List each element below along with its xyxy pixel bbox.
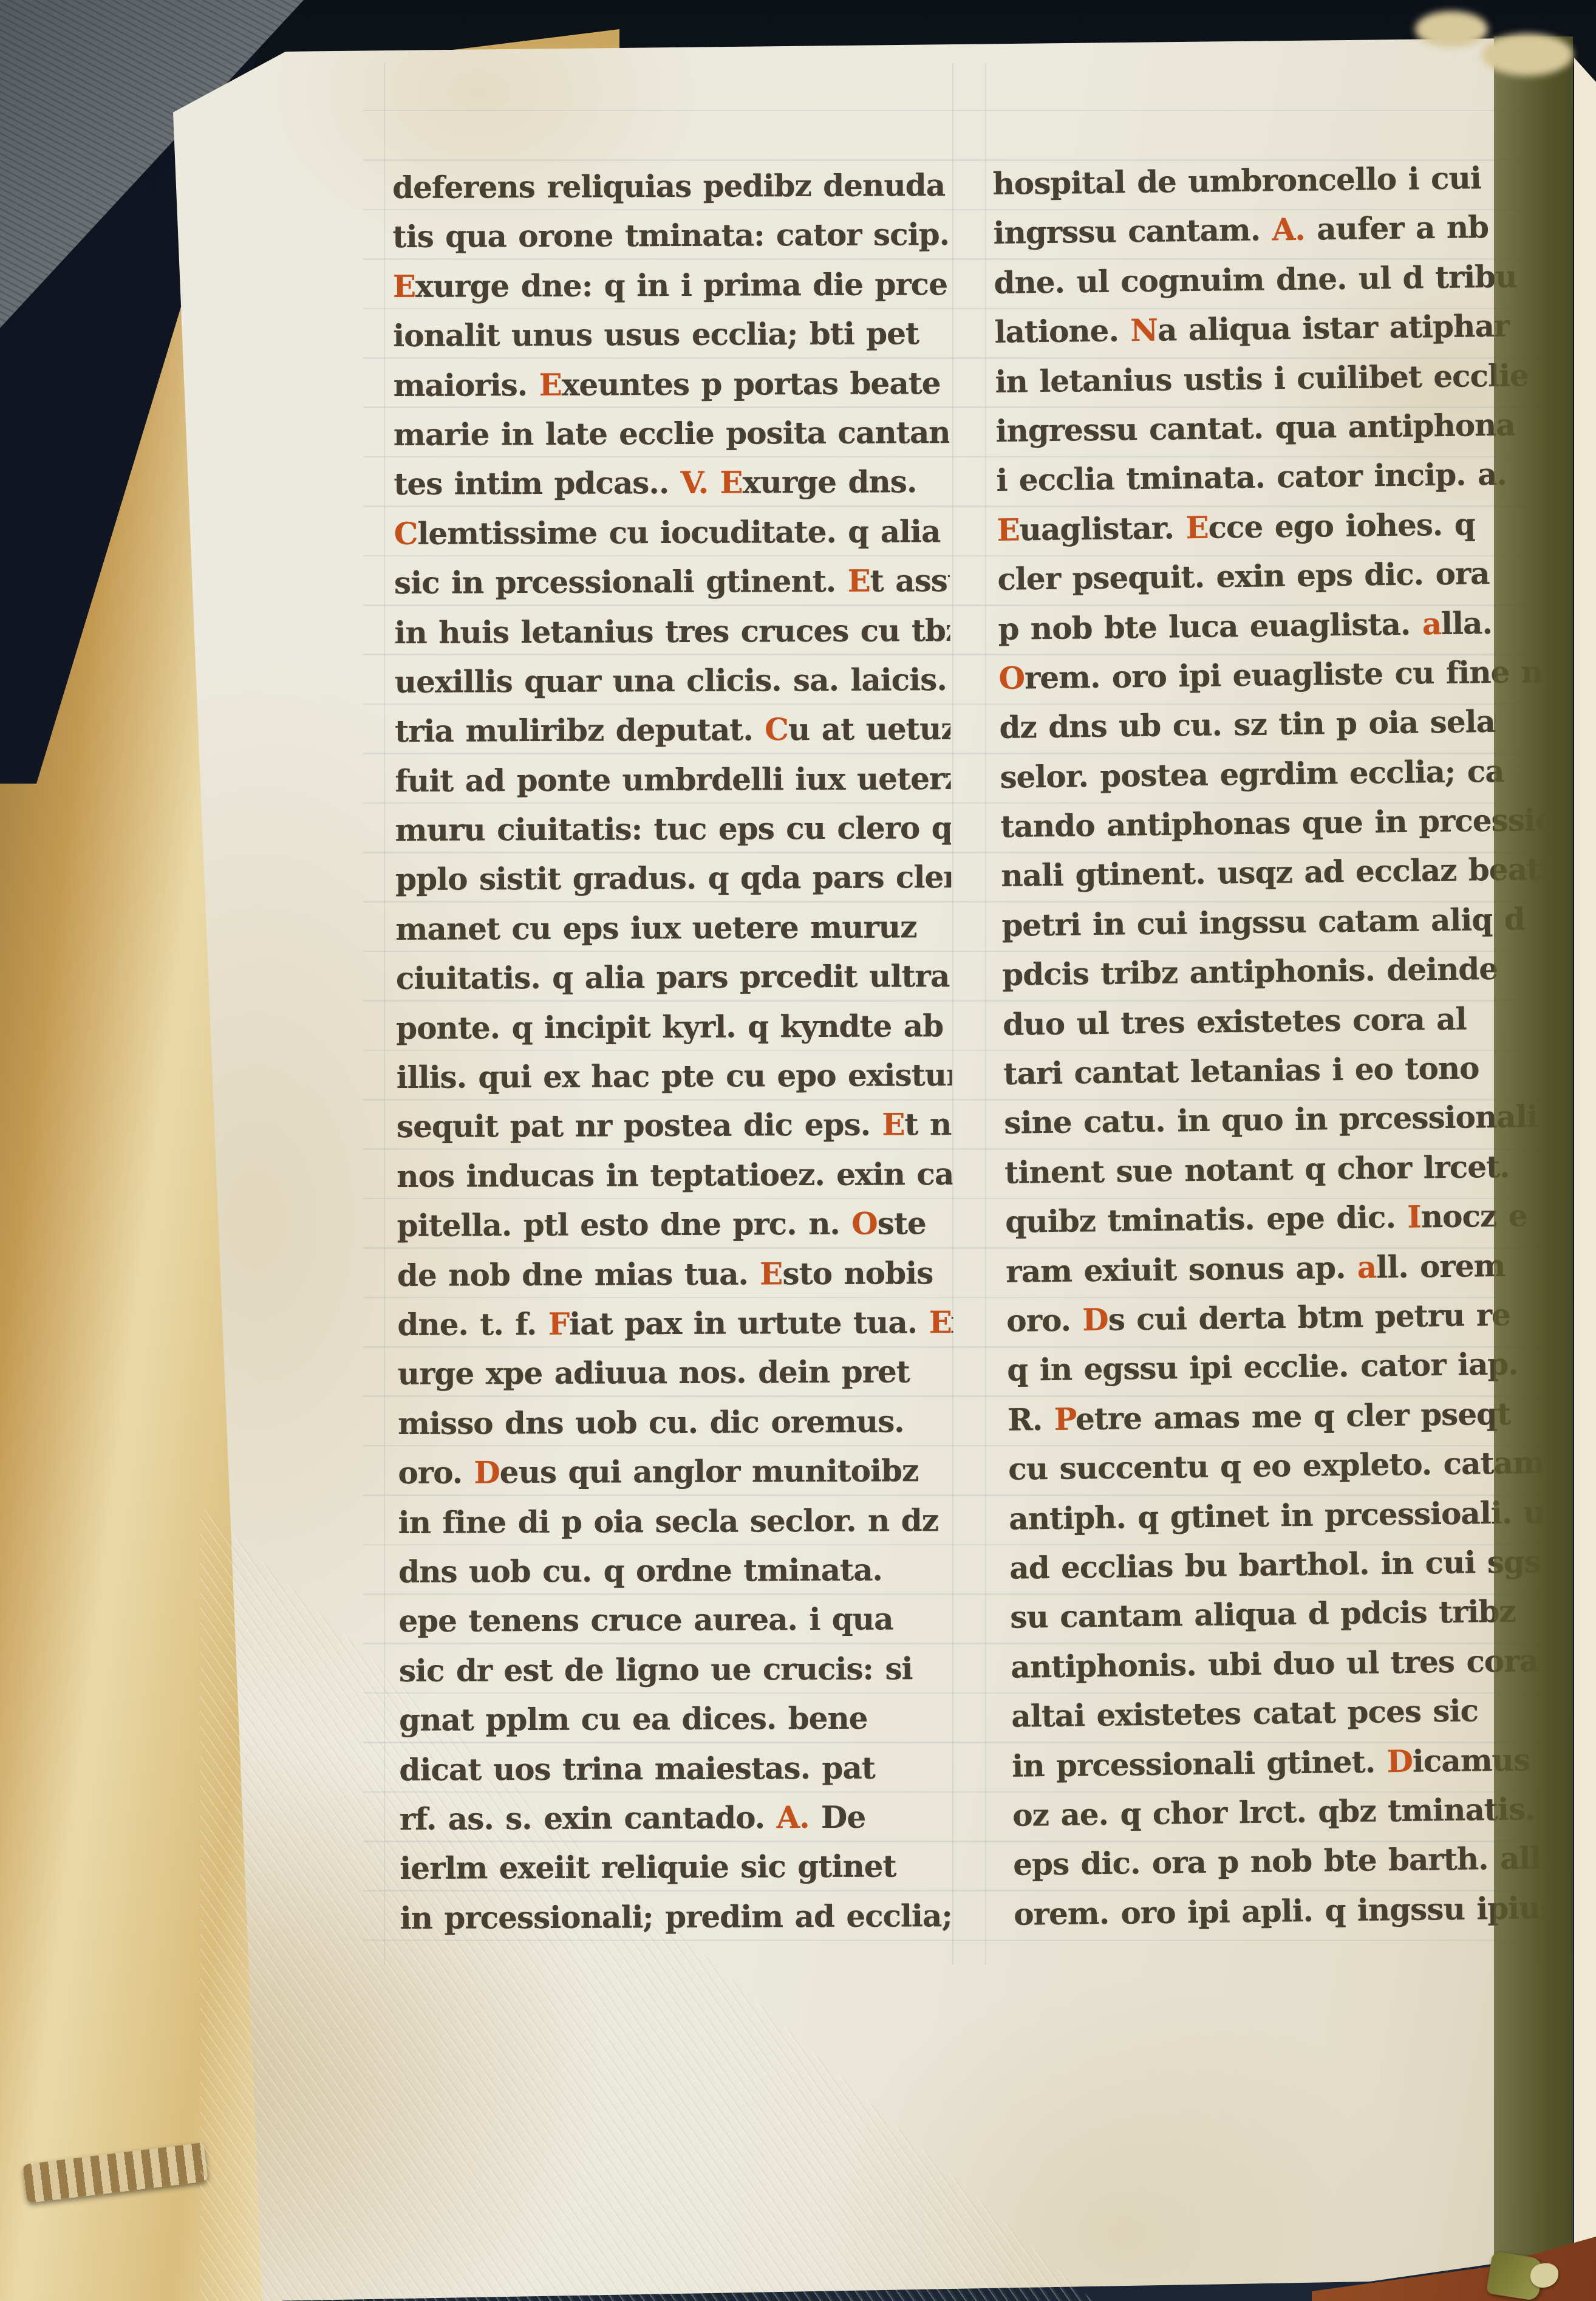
ink-text: de nob dne mias tua. (397, 1256, 760, 1293)
ink-text: antiph. q gtinet in prcessioali. usz (1009, 1494, 1556, 1536)
ink-text: ingrssu cantam. (993, 212, 1272, 251)
ink-text: sto nobis (782, 1255, 933, 1291)
frayed-parchment-fibers (1415, 11, 1488, 47)
ink-text: tinent sue notant q chor lrcet. (1004, 1149, 1510, 1191)
ink-text: pplo sistit gradus. q qda pars cleri re (395, 859, 951, 897)
ink-text: sic in prcessionali gtinent. (394, 563, 848, 601)
ink-text: q in egssu ipi ecclie. cator iap. (1007, 1346, 1518, 1388)
text-line: ierlm exeiit reliquie sic gtinet (400, 1841, 955, 1893)
rubric-initial: V. (681, 465, 720, 501)
rubric-initial: F (548, 1306, 570, 1342)
ink-text: epe tenens cruce aurea. i qua (398, 1601, 893, 1639)
text-line: maioris. Exeuntes p portas beate (393, 358, 949, 410)
text-line: ad ecclias bu barthol. in cui sgs (1009, 1537, 1557, 1593)
text-line: muru ciuitatis: tuc eps cu clero q (395, 803, 951, 855)
ink-text: ierlm exeiit reliquie sic gtinet (400, 1848, 896, 1887)
text-line: tes intim pdcas.. V. Exurge dns. (394, 457, 949, 508)
ink-text: petri in cui ingssu catam aliq d (1001, 901, 1525, 943)
ink-text: tria muliribz deputat. (395, 712, 765, 750)
text-line: sic dr est de ligno ue crucis: si (399, 1644, 955, 1695)
text-line: hospital de umbroncello i cui (992, 152, 1540, 208)
ink-text: gnat pplm cu ea dices. bene (399, 1700, 868, 1738)
rubric-initial: a (1422, 606, 1441, 641)
text-line: urge xpe adiuua nos. dein pret (398, 1347, 953, 1398)
text-line: sequit pat nr postea dic eps. Et ne (397, 1099, 952, 1151)
ink-text: rem. oro ipi euagliste cu fine n (1025, 654, 1543, 696)
ink-text: sine catu. in quo in prcessionali co (1004, 1098, 1551, 1141)
rubric-initial: E (847, 563, 870, 599)
ink-text: duo ul tres existetes cora al (1003, 1000, 1467, 1042)
text-line: p nob bte luca euaglista. alla. (998, 597, 1545, 653)
ink-text: in letanius ustis i cuilibet ecclie (995, 357, 1529, 400)
text-line: q in egssu ipi ecclie. cator iap. (1007, 1339, 1554, 1395)
ink-text: cu succentu q eo expleto. catam (1008, 1445, 1544, 1487)
ink-text: i ecclia tminata. cator incip. a. (996, 456, 1507, 498)
text-line: ponte. q incipit kyrl. q kyndte ab (396, 1001, 952, 1053)
rubric-initial: N (1130, 312, 1158, 349)
rubric-initial: E (997, 511, 1020, 547)
ink-text: oro. (398, 1455, 474, 1491)
text-line: dz dns ub cu. sz tin p oia sela (999, 696, 1546, 752)
text-line: petri in cui ingssu catam aliq d (1001, 894, 1549, 950)
ink-text: cler psequit. exin eps dic. ora (997, 555, 1490, 597)
text-line: quibz tminatis. epe dic. Inocz e (1005, 1191, 1552, 1246)
text-line: pplo sistit gradus. q qda pars cleri re (395, 852, 951, 904)
ink-text: hospital de umbroncello i cui (992, 160, 1481, 202)
ink-text: maioris. (393, 367, 539, 403)
rubric-initial: C (394, 516, 418, 552)
ink-text: dne. t. f. (397, 1306, 548, 1342)
ink-text: ram exiuit sonus ap. (1006, 1249, 1357, 1289)
ink-text: manet cu eps iux uetere muruz (395, 909, 916, 947)
ink-text: dns uob cu. q ordne tminata. (398, 1551, 882, 1589)
ink-text: su cantam aliqua d pdcis tribz (1010, 1593, 1516, 1635)
rubric-initial: P (1054, 1401, 1076, 1437)
ink-text: x (952, 1304, 953, 1340)
text-line: tinent sue notant q chor lrcet. (1004, 1141, 1552, 1197)
ink-text: orem. oro ipi apli. q ingssu ipius (1014, 1890, 1557, 1932)
rubric-initial: E (760, 1256, 782, 1291)
ink-text: t assut (870, 562, 950, 599)
text-line: manet cu eps iux uetere muruz (395, 902, 951, 954)
ink-text: in prcessionali gtinet. (1012, 1743, 1387, 1784)
text-line: sic in prcessionali gtinent. Et assut (394, 556, 950, 607)
ink-text: a aliqua istar atiphar (1158, 308, 1510, 348)
ink-text: rf. as. s. exin cantado. (400, 1799, 777, 1837)
text-line: Exurge dne: q in i prima die prcessi (393, 259, 949, 311)
ink-text: deferens reliquias pedibz denuda (392, 167, 945, 205)
ink-text: u at uetuz (788, 711, 950, 747)
text-column-left: deferens reliquias pedibz denudatis qua … (392, 160, 956, 1943)
text-line: orem. oro ipi apli. q ingssu ipius (1014, 1882, 1561, 1938)
ink-text: illis. qui ex hac pte cu epo existunt. (396, 1057, 952, 1095)
text-line: dne. t. f. Fiat pax in urtute tua. Ex (397, 1298, 953, 1349)
ink-text: xurge dns. (743, 464, 917, 501)
ink-text: eus qui anglor munitoibz (500, 1452, 919, 1490)
frayed-parchment-fibers (1482, 33, 1573, 76)
ink-text: quibz tminatis. epe dic. (1005, 1199, 1408, 1240)
text-line: ciuitatis. q alia pars prcedit ultra (396, 951, 952, 1003)
rubric-initial: A. (776, 1799, 821, 1835)
text-line: Orem. oro ipi euagliste cu fine n (998, 647, 1546, 703)
ink-text: uaglistar. (1019, 510, 1186, 547)
text-line: in prcessionali gtinet. Dicamus (1012, 1734, 1559, 1790)
text-line: duo ul tres existetes cora al (1003, 993, 1550, 1049)
text-line: in fine di p oia secla seclor. n dz (398, 1496, 954, 1547)
ink-text: nos inducas in teptatioez. exin ca (397, 1156, 952, 1194)
rubric-initial: E (720, 465, 742, 501)
ink-text: uexillis quar una clicis. sa. laicis. (395, 662, 947, 700)
ink-text: fuit ad ponte umbrdelli iux ueterz (395, 761, 950, 799)
ink-text: De (821, 1799, 865, 1835)
text-line: de nob dne mias tua. Esto nobis (397, 1248, 953, 1300)
text-line: ingrssu cantam. A. aufer a nb (993, 202, 1540, 258)
text-line: selor. postea egrdim ecclia; ca (1000, 746, 1547, 802)
ink-text: urge xpe adiuua nos. dein pret (398, 1354, 910, 1392)
ink-text: dicat uos trina maiestas. pat (399, 1749, 875, 1787)
text-line: nos inducas in teptatioez. exin ca (397, 1149, 952, 1201)
ink-text: latione. (994, 312, 1131, 350)
ink-text: cce ego iohes. q (1208, 506, 1475, 545)
text-line: tria muliribz deputat. Cu at uetuz (395, 704, 950, 756)
text-line: deferens reliquias pedibz denuda (392, 160, 948, 212)
ink-text: in huis letanius tres cruces cu tbz (394, 612, 950, 650)
ink-text: sequit pat nr postea dic eps. (397, 1107, 882, 1144)
ink-text: xeuntes p portas beate (562, 365, 941, 403)
text-line: nali gtinent. usqz ad ecclaz beati (1001, 844, 1548, 900)
text-line: i ecclia tminata. cator incip. a. (996, 449, 1543, 505)
ink-text: aufer a nb (1317, 209, 1489, 247)
ink-text: in prcessionali; predim ad ecclia; (400, 1898, 952, 1936)
ink-text: ingressu cantat. qua antiphona (995, 406, 1515, 448)
text-line: Euaglistar. Ecce ego iohes. q (997, 499, 1544, 555)
rubric-initial: D (1082, 1302, 1108, 1338)
rubric-initial: E (539, 366, 561, 402)
rubric-initial: A. (1272, 211, 1317, 248)
ink-text: altai existetes catat pces sic (1011, 1693, 1478, 1734)
text-line: tis qua orone tminata: cator scip. (392, 210, 948, 261)
text-line: pitella. ptl esto dne prc. n. Oste (397, 1198, 952, 1250)
ink-text: marie in late ecclie posita cantan (394, 414, 949, 453)
text-line: tando antiphonas que in prcessio (1000, 795, 1547, 851)
ink-text: misso dns uob cu. dic oremus. (398, 1403, 904, 1441)
ink-text: ciuitatis. q alia pars prcedit ultra (396, 958, 950, 996)
ink-text: pitella. ptl esto dne prc. n. (397, 1206, 852, 1243)
ink-text: selor. postea egrdim ecclia; ca (1000, 753, 1504, 795)
text-line: dicat uos trina maiestas. pat (399, 1742, 955, 1794)
ink-text: xurge dne: q in i prima die prcessi (415, 265, 949, 304)
text-line: marie in late ecclie posita cantan (394, 408, 949, 459)
text-line: ionalit unus usus ecclia; bti pet (393, 309, 949, 360)
ink-text: lla. (1441, 605, 1493, 641)
text-line: sine catu. in quo in prcessionali co (1004, 1092, 1551, 1147)
ink-text: antiphonis. ubi duo ul tres cora (1011, 1643, 1538, 1685)
text-line: pdcis tribz antiphonis. deinde (1002, 943, 1549, 999)
rubric-initial: D (474, 1454, 500, 1490)
ink-text: eps dic. ora p nob bte barth. all. (1013, 1840, 1551, 1882)
ink-text: tando antiphonas que in prcessio (1000, 802, 1547, 844)
rubric-initial: E (393, 268, 415, 304)
text-line: gnat pplm cu ea dices. bene (399, 1693, 955, 1745)
ink-text: t ne (904, 1106, 952, 1142)
text-line: latione. Na aliqua istar atiphar (994, 301, 1541, 357)
text-line: oz ae. q chor lrct. qbz tminatis. (1012, 1784, 1560, 1840)
text-line: illis. qui ex hac pte cu epo existunt. (396, 1050, 952, 1102)
ink-text: ionalit unus usus ecclia; bti pet (393, 315, 919, 354)
text-line: dns uob cu. q ordne tminata. (398, 1545, 954, 1596)
ink-text: R. (1008, 1401, 1054, 1438)
text-line: Clemtissime cu iocuditate. q alia (394, 507, 949, 558)
text-line: uexillis quar una clicis. sa. laicis. (395, 655, 950, 706)
text-line: su cantam aliqua d pdcis tribz (1010, 1586, 1557, 1642)
ruling-line-vertical (985, 63, 986, 1964)
rubric-initial: C (765, 711, 788, 747)
ink-text: pdcis tribz antiphonis. deinde (1002, 951, 1498, 993)
ruling-line-vertical (384, 63, 385, 1964)
text-line: dne. ul cognuim dne. ul d tribu (994, 251, 1541, 307)
text-line: tari cantat letanias i eo tono (1003, 1042, 1550, 1098)
ink-text: ad ecclias bu barthol. in cui sgs (1009, 1544, 1541, 1586)
ink-text: p nob bte luca euaglista. (998, 606, 1422, 647)
ink-text: sic dr est de ligno ue crucis: si (399, 1650, 913, 1689)
text-line: in huis letanius tres cruces cu tbz (394, 606, 950, 657)
ink-text: in fine di p oia secla seclor. n dz (398, 1502, 939, 1540)
text-line: in prcessionali; predim ad ecclia; (400, 1891, 955, 1943)
rubric-initial: D (1386, 1743, 1413, 1779)
ink-text: ponte. q incipit kyrl. q kyndte ab (396, 1008, 943, 1046)
text-column-right: hospital de umbroncello i cuiingrssu can… (992, 152, 1561, 1939)
ink-text: etre amas me q cler pseqt (1076, 1395, 1511, 1437)
text-line: misso dns uob cu. dic oremus. (398, 1397, 953, 1448)
text-line: altai existetes catat pces sic (1011, 1685, 1558, 1741)
rubric-initial: E (1185, 509, 1209, 545)
ink-text: ste (878, 1205, 926, 1241)
text-line: oro. Deus qui anglor munitoibz (398, 1446, 953, 1497)
rubric-initial: I (1407, 1199, 1421, 1235)
ink-text: iat pax in urtute tua. (569, 1304, 929, 1342)
ink-text: tari cantat letanias i eo tono (1003, 1050, 1479, 1092)
ink-text: oro. (1006, 1302, 1083, 1339)
rubric-initial: O (998, 660, 1025, 696)
rubric-initial: E (929, 1304, 951, 1340)
text-line: ram exiuit sonus ap. all. orem (1006, 1240, 1553, 1296)
rubric-initial: a (1357, 1249, 1376, 1285)
text-line: eps dic. ora p nob bte barth. all. (1013, 1833, 1560, 1889)
text-line: rf. as. s. exin cantado. A. De (400, 1792, 955, 1844)
rubric-initial: E (882, 1107, 904, 1143)
text-line: antiphonis. ubi duo ul tres cora (1011, 1636, 1558, 1692)
text-line: ingressu cantat. qua antiphona (995, 400, 1543, 456)
ink-text: nali gtinent. usqz ad ecclaz beati (1001, 851, 1548, 894)
ink-text: muru ciuitatis: tuc eps cu clero q (395, 810, 951, 848)
ink-text: oz ae. q chor lrct. qbz tminatis. (1012, 1791, 1535, 1833)
text-line: cu succentu q eo expleto. catam (1008, 1438, 1555, 1494)
text-line: oro. Ds cui derta btm petru re (1006, 1290, 1553, 1345)
text-line: in letanius ustis i cuilibet ecclie (995, 350, 1542, 406)
ink-text: dne. ul cognuim dne. ul d tribu (994, 258, 1517, 301)
text-line: cler psequit. exin eps dic. ora (997, 548, 1544, 604)
ink-text: ll. orem (1376, 1247, 1506, 1285)
ink-text: tis qua orone tminata: cator scip. (392, 216, 948, 255)
text-line: fuit ad ponte umbrdelli iux ueterz (395, 754, 950, 805)
ink-text: lemtissime cu iocuditate. q alia (417, 513, 940, 552)
ink-text: s cui derta btm petru re (1108, 1297, 1510, 1338)
ink-text: dz dns ub cu. sz tin p oia sela (999, 703, 1495, 745)
rubric-initial: O (851, 1206, 878, 1242)
text-line: antiph. q gtinet in prcessioali. usz (1009, 1487, 1556, 1543)
text-line: epe tenens cruce aurea. i qua (398, 1594, 954, 1646)
text-line: R. Petre amas me q cler pseqt (1008, 1389, 1555, 1445)
ink-text: tes intim pdcas.. (394, 465, 681, 502)
